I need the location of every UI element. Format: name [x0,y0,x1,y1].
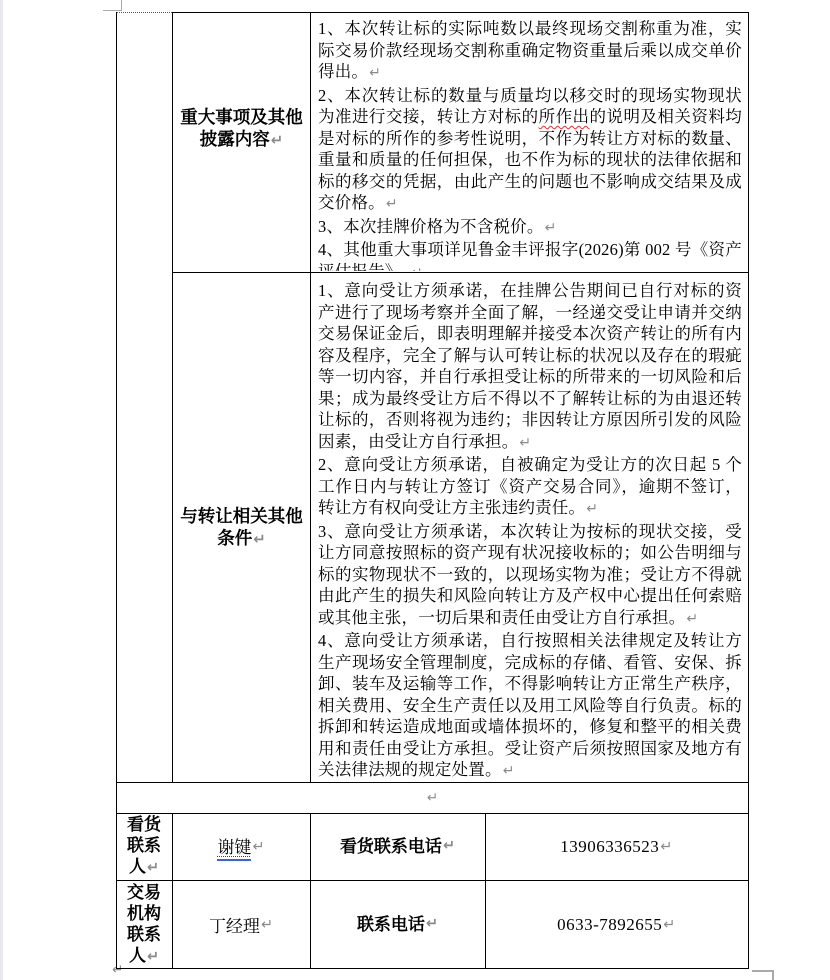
margin-mark-bottom-right-v [772,970,774,980]
paragraph-mark-icon: ↵ [585,501,598,517]
header-label-line2: 条件↵ [217,527,265,550]
agency-phone-number: 0633-7892655 [557,915,662,935]
paragraph-mark-icon: ↵ [270,131,283,149]
paragraph-mark-icon: ↵ [146,949,159,965]
paragraph-mark-icon: ↵ [385,196,398,212]
inspection-phone-number: 13906336523 [560,837,659,857]
margin-mark-top-left-v [121,0,122,10]
condition-paragraph-2[interactable]: 2、意向受让方须承诺，自被确定为受让方的次日起 5 个工作日内与转让方签订《资产… [318,454,742,521]
paragraph-mark-icon: ↵ [425,914,438,935]
spellcheck-flagged-text: 所作出 [539,107,590,126]
paragraph-mark-icon: ↵ [368,65,381,81]
paragraph-mark-icon: ↵ [685,611,698,627]
agency-phone-label: 联系电话 [357,914,425,935]
agency-contact-label: 交易机构联系人↵ [124,882,164,968]
empty-row[interactable]: ↵ [117,783,747,812]
condition-paragraph-4[interactable]: 4、意向受让方须承诺，自行按照相关法律规定及转让方生产现场安全管理制度，完成标的… [318,630,742,781]
paragraph-mark-icon: ↵ [260,917,273,933]
paragraph-mark-icon: ↵ [544,220,557,236]
cell-agency-contact-name[interactable]: 丁经理↵ [173,881,309,968]
table-border-line [748,12,749,969]
paragraph-mark-icon: ↵ [410,265,423,272]
inspection-contact-label: 看货联系人↵ [124,814,164,879]
cell-inspection-phone[interactable]: 13906336523↵ [486,814,747,879]
paragraph-mark-icon: ↵ [426,790,438,806]
disclosure-paragraph-1[interactable]: 1、本次转让标的实际吨数以最终现场交割称重为准，实际交易价款经现场交割称重确定物… [318,18,742,85]
table-border-line [116,968,748,969]
paragraph-mark-icon: ↵ [662,917,676,933]
paragraph-mark-icon: ↵ [518,435,531,451]
inspection-contact-name: 谢键 [217,833,251,861]
paragraph-mark-icon: ↵ [146,860,159,876]
header-label-line1: 重大事项及其他 [180,106,303,128]
cell-agency-contact-label[interactable]: 交易机构联系人↵ [117,881,171,968]
paragraph-mark-icon: ↵ [252,530,265,548]
margin-mark-top-left-h [103,10,122,11]
condition-paragraph-3[interactable]: 3、意向受让方须承诺，本次转让为按标的现状交接，受让方同意按照标的资产现有状况接… [318,521,742,631]
document-page: ↵ 重大事项及其他 披露内容↵ 1、本次转让标的实际吨数以最终现场交割称重为准，… [0,0,830,980]
margin-mark-bottom-right-h [752,970,774,972]
paragraph-mark-icon: ↵ [442,836,455,857]
cell-inspection-phone-label[interactable]: 看货联系电话↵ [311,814,484,879]
cell-major-disclosure-content[interactable]: 1、本次转让标的实际吨数以最终现场交割称重为准，实际交易价款经现场交割称重确定物… [311,13,747,271]
cell-inspection-contact-name[interactable]: 谢键↵ [173,814,309,879]
header-label-line2: 披露内容↵ [200,128,283,151]
paragraph-mark-icon: ↵ [251,839,264,855]
disclosure-paragraph-4[interactable]: 4、其他重大事项详见鲁金丰评报字(2026)第 002 号《资产评估报告》。↵ [318,239,742,271]
cell-transfer-conditions-content[interactable]: 1、意向受让方须承诺，在挂牌公告期间已自行对标的资产进行了现场考察并全面了解，一… [311,273,747,781]
header-label-line1: 与转让相关其他 [180,505,303,527]
page-edge [0,0,3,980]
paragraph-mark-icon: ↵ [502,763,515,779]
paragraph-mark-icon: ↵ [659,839,673,855]
inspection-phone-label: 看货联系电话 [340,836,442,857]
disclosure-paragraph-2[interactable]: 2、本次转让标的数量与质量均以移交时的现场实物现状为准进行交接，转让方对标的所作… [318,85,742,216]
agency-contact-name: 丁经理 [209,912,260,937]
row-header-major-disclosure[interactable]: 重大事项及其他 披露内容↵ [173,13,310,271]
cell-agency-phone[interactable]: 0633-7892655↵ [486,881,747,968]
disclosure-paragraph-3[interactable]: 3、本次挂牌价格为不含税价。↵ [318,216,742,240]
row-header-transfer-conditions[interactable]: 与转让相关其他 条件↵ [173,273,310,781]
condition-paragraph-1[interactable]: 1、意向受让方须承诺，在挂牌公告期间已自行对标的资产进行了现场考察并全面了解，一… [318,280,742,454]
cell-inspection-contact-label[interactable]: 看货联系人↵ [117,814,171,879]
cell-agency-phone-label[interactable]: 联系电话↵ [311,881,484,968]
table-border-line [116,12,172,13]
